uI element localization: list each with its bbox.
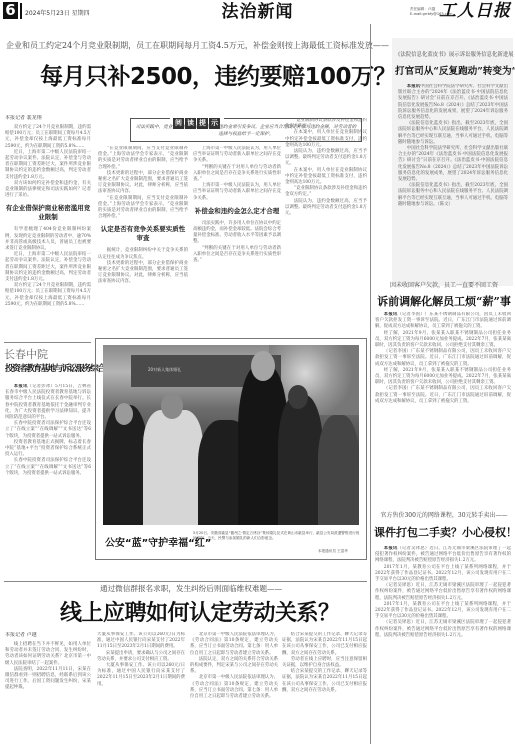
- court-name: 长春中院: [4, 348, 48, 362]
- courseware-kicker: 官方售价300元的网络课程，30元转手卖出——: [374, 512, 514, 519]
- bottom-kicker: 通过微信群报名求职，发生纠纷后则面临维权难题——: [100, 584, 282, 594]
- subhead-3: 补偿金和违约金怎么定才合理: [193, 207, 281, 216]
- sidebar-body: 本报讯中国社会科学院法学研究所、社会科学文献出版社联合主办的“2024年《法治蓝…: [398, 84, 508, 284]
- lead-column-2: “在竞业限制期间，应当支付竞业限制补偿金。”上海劳动法学会专家表示，“竞业限制的…: [98, 146, 188, 331]
- courseware-headline: 课件打包二手卖？小心侵权！: [374, 526, 514, 539]
- salary-kicker: 因未收回客户欠款，员工一直要不回工资: [374, 282, 514, 289]
- subhead-2: 认定是否有竞争关系要实质性审查: [98, 225, 188, 243]
- bottom-headline: 线上应聘如何认定劳动关系？: [60, 600, 340, 626]
- sidebar-kicker: 《法院信息化蓝皮书》展示诉讼服务信息化新进展: [395, 52, 511, 59]
- bottom-divider: [4, 581, 367, 582]
- subhead-1: 有企业借保护商业秘密滥用竞业限制: [5, 204, 91, 222]
- sidebar-headline: 打官司从“反复跑动”转变为“指尖诉讼”: [395, 65, 511, 78]
- photo-bride: [278, 395, 323, 525]
- column-divider: [370, 24, 371, 744]
- newspaper-logo: 工人日报: [439, 2, 511, 20]
- court-headline: 投资者教育基地与诉讼服务综合平台启动: [5, 364, 91, 375]
- bottom-column-4: 结合宋某提交的工作记录、聊天记录等证据，法院认为宋某自2022年11月15日起在…: [282, 632, 367, 746]
- photo-caption: 5月20日，安徽省歙县“徽州之·情定万绣谷”集体婚礼仪式在黄山市歙县举行，歙县公…: [193, 531, 361, 541]
- lead-column-4: “竞业限制协议条款涉及补偿金和违约金双方约定。” 在本案中，用人单位在竞业限制协…: [285, 118, 367, 333]
- courseware-body: 本报讯（记者吴铎思）近日，江苏无锡市梁溪区法院审理了一起侵犯著作权纠纷案件，被告…: [375, 546, 511, 746]
- photo-police-officer: [143, 410, 203, 525]
- court-body: 本报讯（记者彭冰）5月15日，吉林省长春市中级人民法院投资者教育基地与诉讼服务综…: [5, 384, 91, 579]
- salary-headline: 诉前调解化解员工烦“薪”事: [374, 295, 514, 308]
- wedding-photo: 20对新人集体婚礼: [103, 345, 359, 525]
- bottom-column-1: 本报记者 卢越 线上招聘在当下并不鲜见，如用人单位和劳动者并未签订劳动合同，发生…: [5, 632, 91, 746]
- lead-headline: 每月只补2500，违约要赔100万？: [40, 64, 396, 90]
- salary-body: 本报讯（记者李国）广东某不锈钢制品有限公司，因员工未收回客户欠款拒发工资一事诉至…: [375, 312, 511, 510]
- bottom-byline: 本报记者 卢越: [5, 632, 91, 639]
- bottom-column-3: 北京市第一中级人民法院依法审理认为，《劳动合同法》第10条规定，建立劳动关系，应…: [190, 632, 278, 746]
- masthead: 6 2024年5月23日 星期四 法治新闻 责任编辑：卢越 E-mail:grr…: [0, 0, 515, 22]
- court-divider: [4, 342, 91, 343]
- bottom-column-2: 大厦从事保安工作。该公司以260元/日为标准，通过中国人民银行向宋某支付了202…: [97, 632, 185, 746]
- lead-column-3: 上海市第一中级人民法院认为，用人单位应当举证证明与劳动者新入职单位之间存在竞争关…: [193, 146, 281, 331]
- lead-column-1: 本报记者 裴龙翔 双方约定了24个月竞业限制期，违约需赔偿100万元；员工在职期…: [5, 115, 91, 345]
- sidebar-credit: （陈文）: [438, 202, 453, 207]
- lead-kicker: 企业和员工约定24个月竞业限制期，员工在职期间每月工资4.5万元，补偿金则按上海…: [6, 41, 389, 51]
- photo-credit: 本报通讯员 王富华: [318, 549, 348, 554]
- lead-byline: 本报记者 裴龙翔: [5, 115, 91, 122]
